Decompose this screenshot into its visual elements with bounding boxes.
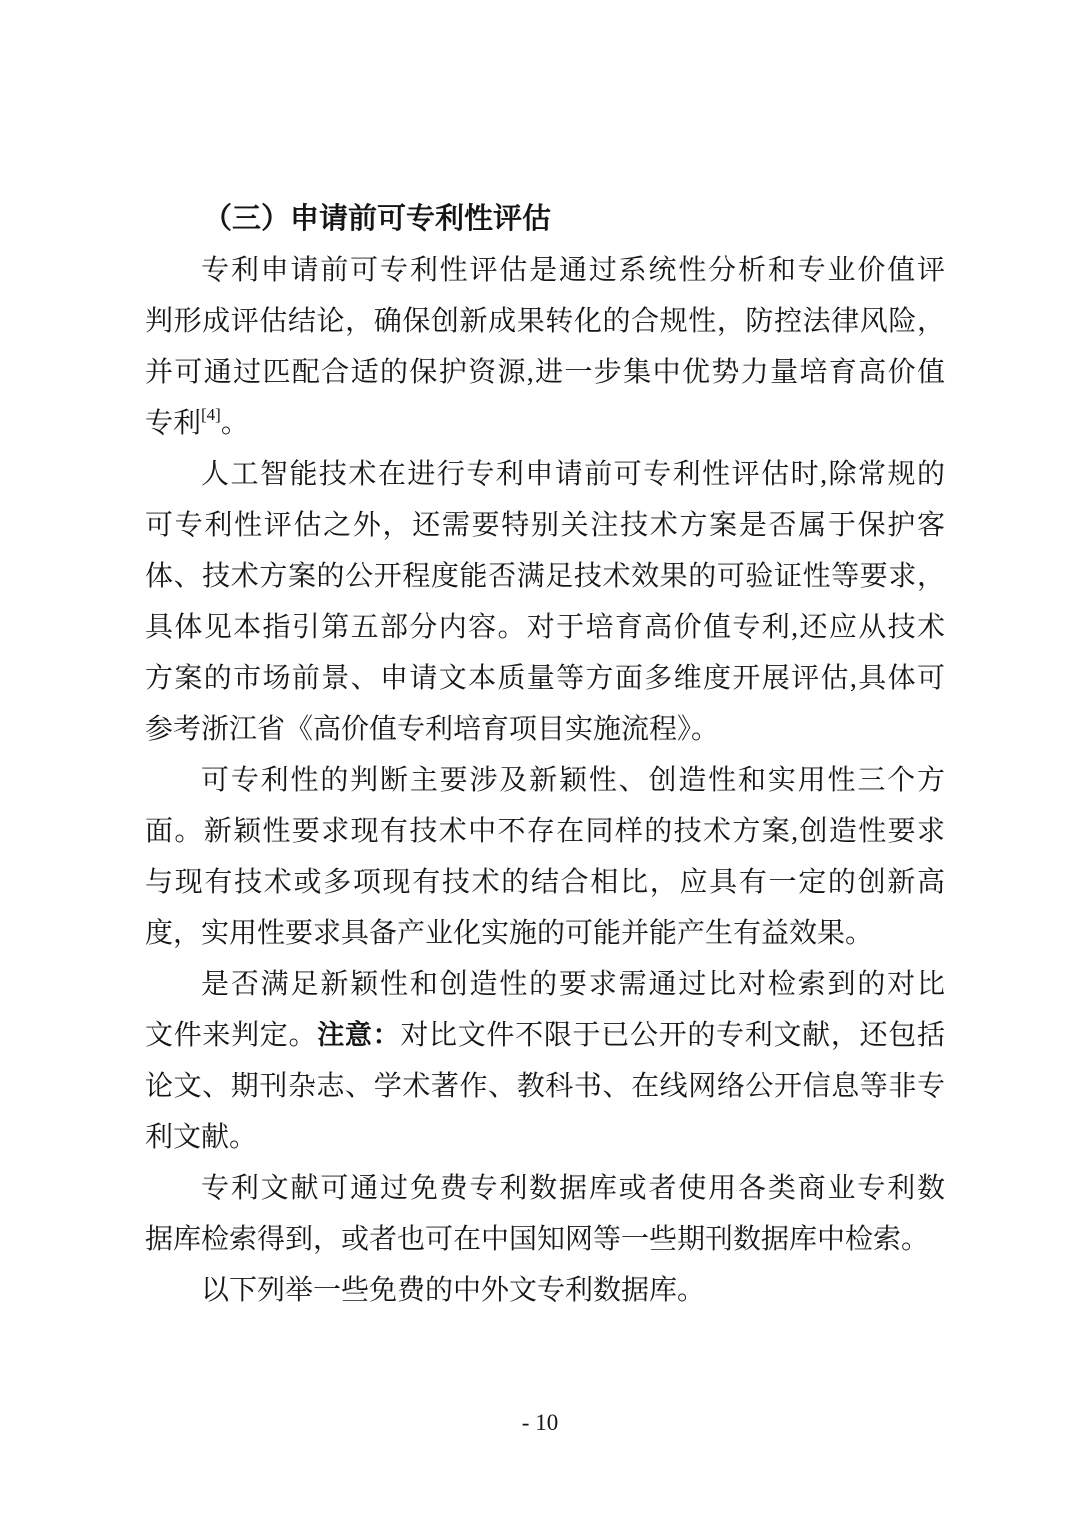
text-line: 方案的市场前景、申请文本质量等方面多维度开展评估,具体可 [145, 653, 945, 704]
paragraph-patentability-evaluation: 专利申请前可专利性评估是通过系统性分析和专业价值评 判形成评估结论，确保创新成果… [145, 245, 945, 449]
text-line: 面。新颖性要求现有技术中不存在同样的技术方案,创造性要求 [145, 806, 945, 857]
text-line: 并可通过匹配合适的保护资源,进一步集中优势力量培育高价值 [145, 347, 945, 398]
text-line: 度，实用性要求具备产业化实施的可能并能产生有益效果。 [145, 908, 945, 959]
text-line: 可专利性评估之外，还需要特别关注技术方案是否属于保护客 [145, 500, 945, 551]
text-line: 专利[4]。 [145, 398, 945, 449]
page-number: - 10 [0, 1408, 1080, 1438]
text-line: 与现有技术或多项现有技术的结合相比，应具有一定的创新高 [145, 857, 945, 908]
text-line: 以下列举一些免费的中外文专利数据库。 [145, 1265, 945, 1316]
text-line: 文件来判定。注意：对比文件不限于已公开的专利文献，还包括 [145, 1010, 945, 1061]
text-run: 对比文件不限于已公开的专利文献，还包括 [400, 1020, 945, 1051]
document-body: （三）申请前可专利性评估 专利申请前可专利性评估是通过系统性分析和专业价值评 判… [145, 194, 945, 1316]
paragraph-comparison-documents: 是否满足新颖性和创造性的要求需通过比对检索到的对比 文件来判定。注意：对比文件不… [145, 959, 945, 1163]
text-line: 是否满足新颖性和创造性的要求需通过比对检索到的对比 [145, 959, 945, 1010]
paragraph-ai-evaluation: 人工智能技术在进行专利申请前可专利性评估时,除常规的 可专利性评估之外，还需要特… [145, 449, 945, 755]
footnote-reference: [4] [201, 405, 221, 424]
notice-emphasis: 注意： [317, 1020, 400, 1050]
text-run: 专利 [145, 408, 201, 439]
text-line: 专利申请前可专利性评估是通过系统性分析和专业价值评 [145, 245, 945, 296]
text-line: 可专利性的判断主要涉及新颖性、创造性和实用性三个方 [145, 755, 945, 806]
text-line: 判形成评估结论，确保创新成果转化的合规性，防控法律风险， [145, 296, 945, 347]
document-page: （三）申请前可专利性评估 专利申请前可专利性评估是通过系统性分析和专业价值评 判… [0, 0, 1080, 1527]
text-line: 论文、期刊杂志、学术著作、教科书、在线网络公开信息等非专 [145, 1061, 945, 1112]
paragraph-patent-databases: 专利文献可通过免费专利数据库或者使用各类商业专利数 据库检索得到，或者也可在中国… [145, 1163, 945, 1265]
text-run: 。 [221, 408, 249, 439]
text-line: 人工智能技术在进行专利申请前可专利性评估时,除常规的 [145, 449, 945, 500]
section-heading: （三）申请前可专利性评估 [145, 194, 945, 245]
text-line: 专利文献可通过免费专利数据库或者使用各类商业专利数 [145, 1163, 945, 1214]
text-line: 体、技术方案的公开程度能否满足技术效果的可验证性等要求， [145, 551, 945, 602]
text-line: 具体见本指引第五部分内容。对于培育高价值专利,还应从技术 [145, 602, 945, 653]
text-run: 文件来判定。 [145, 1020, 317, 1051]
paragraph-three-criteria: 可专利性的判断主要涉及新颖性、创造性和实用性三个方 面。新颖性要求现有技术中不存… [145, 755, 945, 959]
text-line: 据库检索得到，或者也可在中国知网等一些期刊数据库中检索。 [145, 1214, 945, 1265]
text-line: 参考浙江省《高价值专利培育项目实施流程》。 [145, 704, 945, 755]
paragraph-free-databases-intro: 以下列举一些免费的中外文专利数据库。 [145, 1265, 945, 1316]
text-line: 利文献。 [145, 1112, 945, 1163]
